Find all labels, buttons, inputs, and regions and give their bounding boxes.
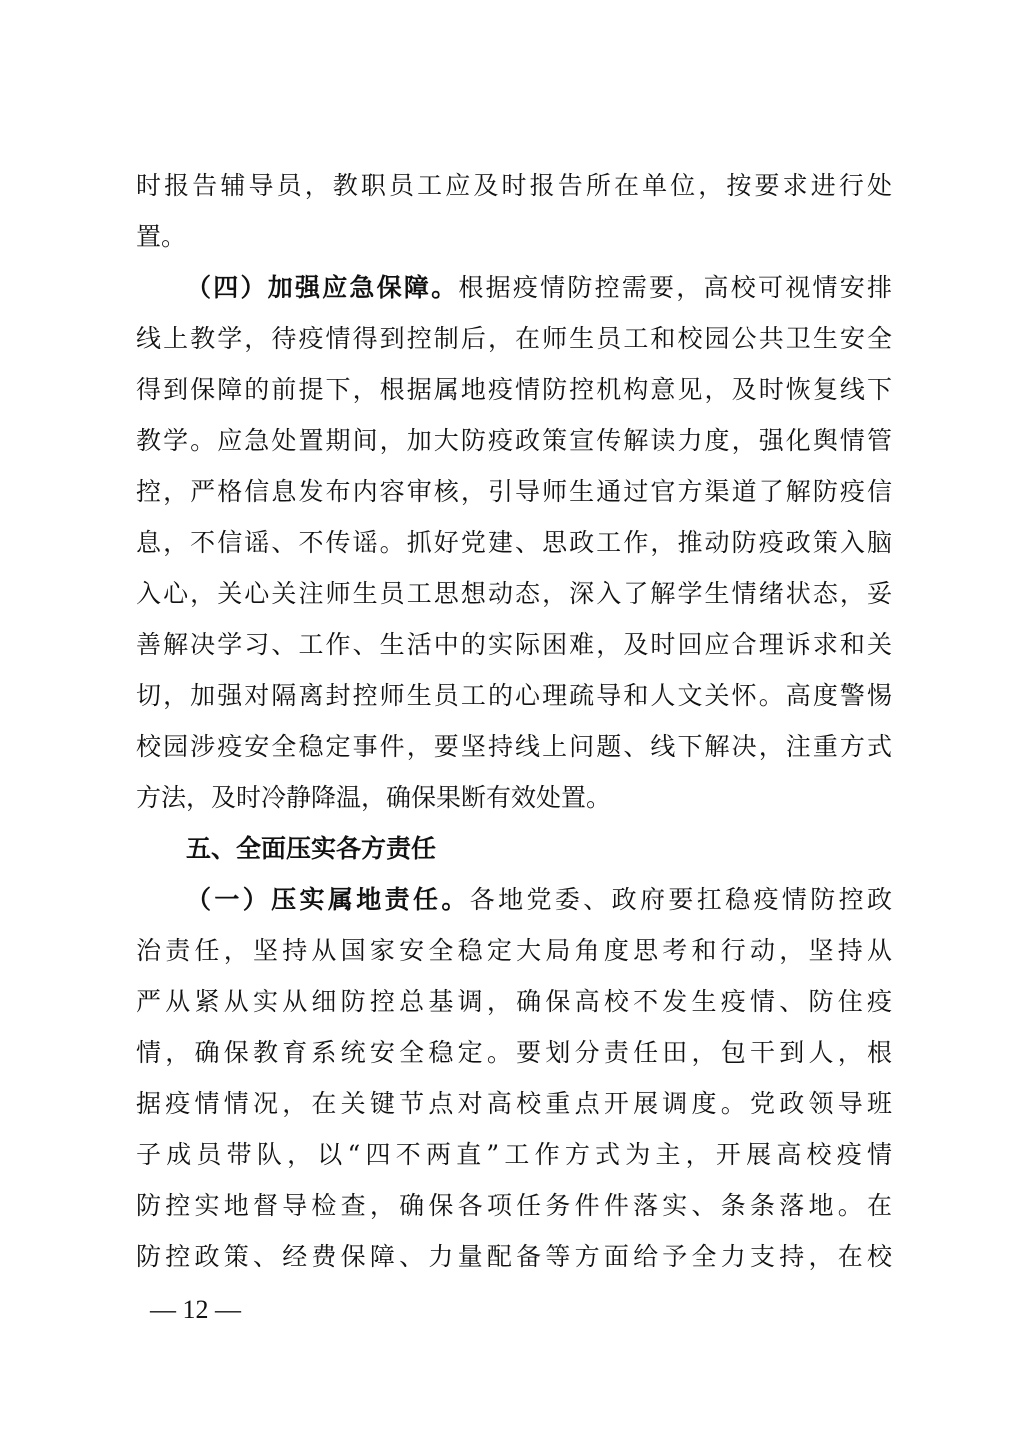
text-run: 根据疫情防控需要，高校可视情安排 <box>458 273 892 302</box>
text-line-subheading-1: （一）压实属地责任。各地党委、政府要扛稳疫情防控政 <box>186 880 892 920</box>
text-line: 时报告辅导员，教职员工应及时报告所在单位，按要求进行处 <box>136 166 892 206</box>
text-line-subheading-4: （四）加强应急保障。根据疫情防控需要，高校可视情安排 <box>186 268 892 308</box>
section-heading-5: 五、全面压实各方责任 <box>186 829 892 869</box>
text-line: 方法，及时冷静降温，确保果断有效处置。 <box>136 778 892 818</box>
text-line: 治责任，坚持从国家安全稳定大局角度思考和行动，坚持从 <box>136 931 892 971</box>
text-line: 息，不信谣、不传谣。抓好党建、思政工作，推动防疫政策入脑 <box>136 523 892 563</box>
text-line: 教学。应急处置期间，加大防疫政策宣传解读力度，强化舆情管 <box>136 421 892 461</box>
page-number: — 12 — <box>150 1294 241 1326</box>
text-line: 置。 <box>136 217 892 257</box>
text-line: 严从紧从实从细防控总基调，确保高校不发生疫情、防住疫 <box>136 982 892 1022</box>
text-line: 防控政策、经费保障、力量配备等方面给予全力支持，在校 <box>136 1237 892 1277</box>
text-line: 得到保障的前提下，根据属地疫情防控机构意见，及时恢复线下 <box>136 370 892 410</box>
text-line: 防控实地督导检查，确保各项任务件件落实、条条落地。在 <box>136 1186 892 1226</box>
text-line: 校园涉疫安全稳定事件，要坚持线上问题、线下解决，注重方式 <box>136 727 892 767</box>
subheading-emergency-support: （四）加强应急保障。 <box>186 273 458 302</box>
text-run: 各地党委、政府要扛稳疫情防控政 <box>470 885 892 914</box>
document-page: 时报告辅导员，教职员工应及时报告所在单位，按要求进行处 置。 （四）加强应急保障… <box>0 0 1024 1448</box>
subheading-local-responsibility: （一）压实属地责任。 <box>186 885 470 914</box>
text-line: 子成员带队，以“四不两直”工作方式为主，开展高校疫情 <box>136 1135 892 1175</box>
text-line: 切，加强对隔离封控师生员工的心理疏导和人文关怀。高度警惕 <box>136 676 892 716</box>
text-line: 控，严格信息发布内容审核，引导师生通过官方渠道了解防疫信 <box>136 472 892 512</box>
text-line: 据疫情情况，在关键节点对高校重点开展调度。党政领导班 <box>136 1084 892 1124</box>
text-line: 情，确保教育系统安全稳定。要划分责任田，包干到人，根 <box>136 1033 892 1073</box>
text-line: 入心，关心关注师生员工思想动态，深入了解学生情绪状态，妥 <box>136 574 892 614</box>
text-line: 线上教学，待疫情得到控制后，在师生员工和校园公共卫生安全 <box>136 319 892 359</box>
text-line: 善解决学习、工作、生活中的实际困难，及时回应合理诉求和关 <box>136 625 892 665</box>
